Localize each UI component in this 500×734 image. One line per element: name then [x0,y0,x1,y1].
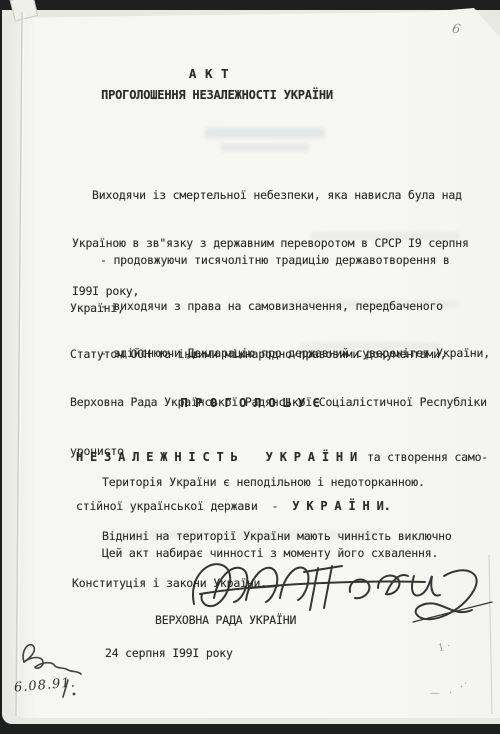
document-title: А К Т [0,66,418,81]
scan-artifact: — · [430,688,455,699]
signature-institution: ВЕРХОВНА РАДА УКРАЇНИ [155,613,296,627]
independence-line-1: Н Е З А Л Е Ж Н І С Т Ь У К Р А Ї Н Ита … [76,450,488,471]
proclaim-heading: П Р О Г О Л О Ш У Є [0,395,500,410]
ghost-stamp [200,128,330,151]
territory-line: Територія України є неподільною і недото… [102,475,425,489]
document-subtitle: ПРОГОЛОШЕННЯ НЕЗАЛЕЖНОСТІ УКРАЇНИ [0,88,434,102]
document-date: 24 серпня І99І року [105,646,233,660]
scan-artifact: 1 · [437,641,451,654]
scan-artifact: ·˙ [460,682,468,693]
